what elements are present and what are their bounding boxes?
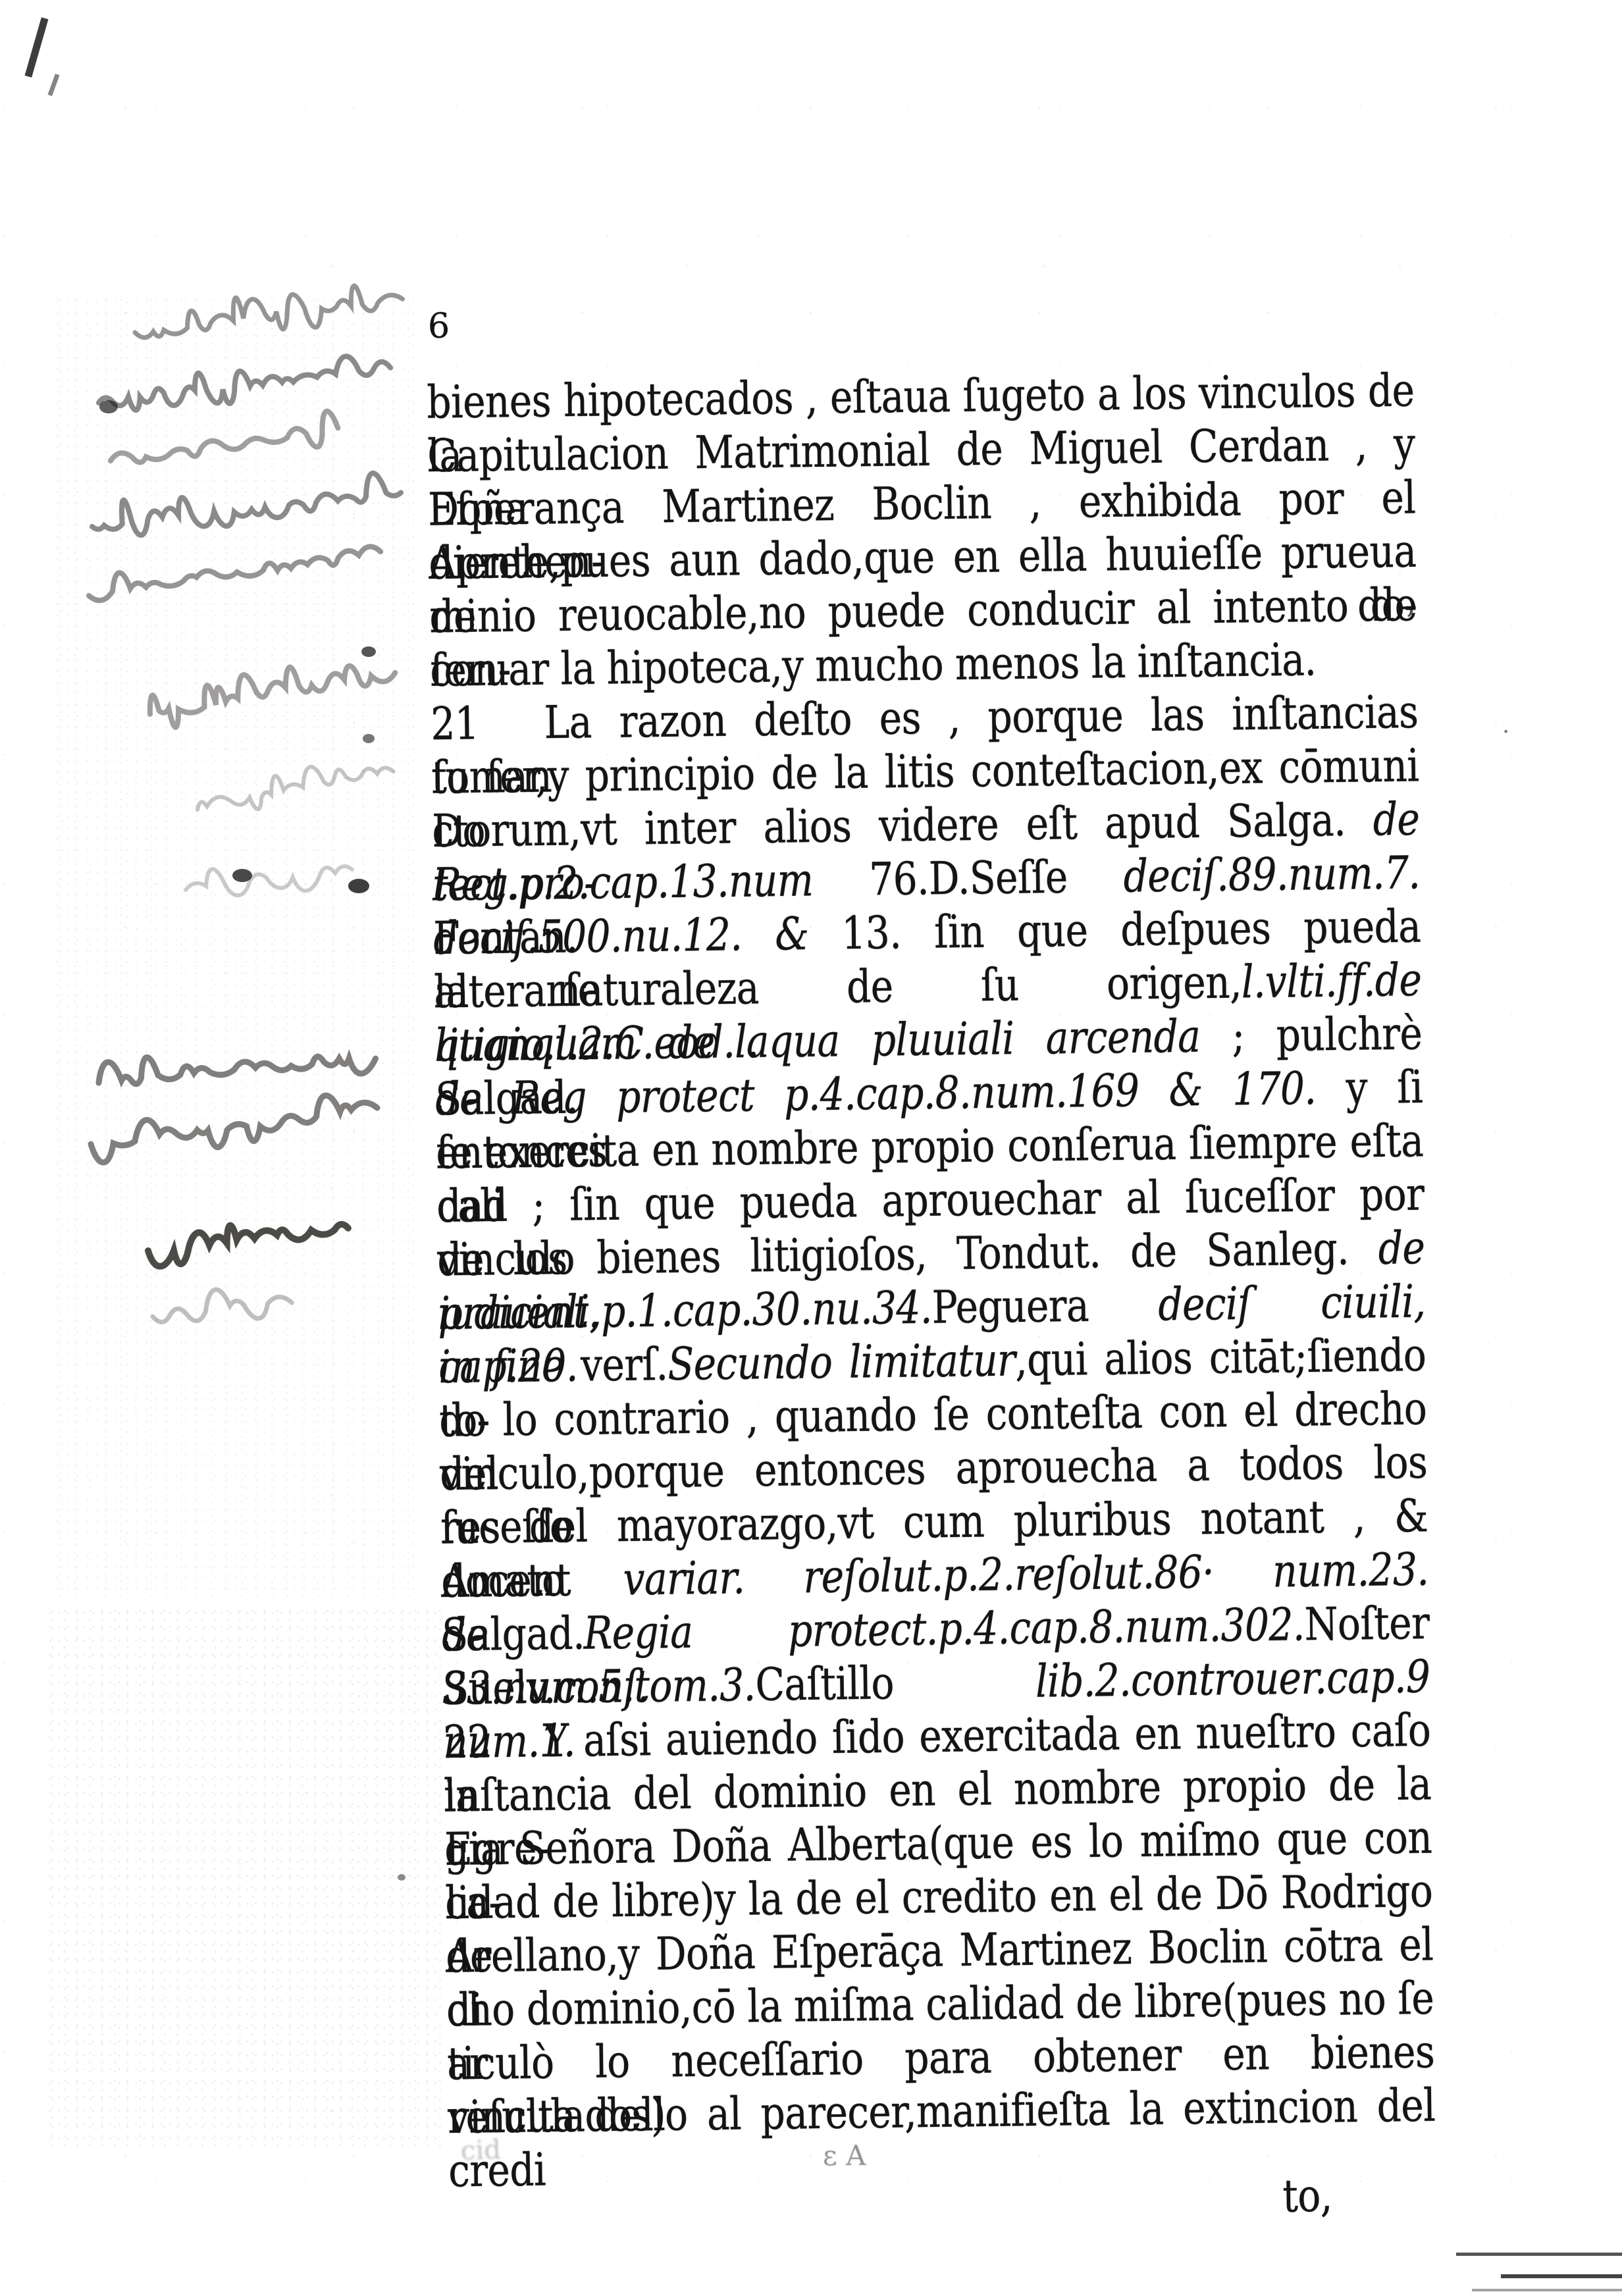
- marginalia-stroke: [146, 653, 398, 731]
- citation-italic-text: deciſ.89.num.7.: [1123, 846, 1421, 902]
- scanned-book-page: 6 bienes hipotecados , eſtaua ſugeto a l…: [0, 0, 1622, 2296]
- citation-italic-text: iudiciali,p.1.cap.30.nu.34.: [438, 1281, 932, 1340]
- citation-italic-text: Secundo limitatur: [667, 1334, 1016, 1391]
- scan-noise-bottom-left: [46, 1606, 441, 2146]
- page-number: 6: [428, 307, 450, 346]
- marginalia-stroke: [194, 753, 396, 820]
- body-text: verſ.: [581, 1338, 668, 1392]
- scan-edge-line: [1501, 2274, 1622, 2278]
- marginalia-stroke: [97, 350, 392, 419]
- body-text: 76.D.Seſſe: [869, 850, 1124, 906]
- body-text: ſeruar la hipoteca,y mucho menos la inſt…: [430, 633, 1317, 697]
- body-text: Amato: [441, 1553, 623, 1608]
- citation-italic-text: tect.p.2.cap.13.num: [432, 853, 870, 911]
- marginalia-stroke: [89, 461, 402, 544]
- citation-italic-text: in fine: [438, 1339, 581, 1394]
- ink-blot: [363, 734, 375, 743]
- flourish-comma-mark: ‚: [1406, 585, 1416, 620]
- corner-ink-dash: [47, 74, 59, 96]
- citation-italic-text: variar. reſolut.p.2.reſolut.86· num.23.: [623, 1543, 1428, 1605]
- catchword: to,: [1282, 2169, 1332, 2222]
- citation-italic-text: deciſ.500.nu.12. &: [433, 907, 842, 965]
- text-line: reſulta dello al parecer,manifieſta la e…: [448, 2079, 1436, 2145]
- stray-dot-mark: ·: [1502, 719, 1509, 746]
- ink-blot: [348, 879, 369, 893]
- marginalia-stroke: [147, 1215, 350, 1267]
- signature-mark: ε Α: [823, 2139, 866, 2172]
- body-text: Peguera: [931, 1278, 1159, 1334]
- scan-noise-left-margin: [53, 296, 421, 1600]
- marginalia-stroke: [86, 541, 382, 602]
- citation-italic-text: 33.num.5.tom.3.: [442, 1658, 756, 1715]
- ink-blot: [361, 646, 376, 657]
- citation-italic-text: quanquam de aqua pluuiali arcenda: [434, 1010, 1201, 1072]
- corner-ink-dash: [25, 17, 49, 77]
- marginalia-stroke: [132, 278, 405, 350]
- body-text: la naturaleza de ſu origen,: [434, 956, 1242, 1018]
- marginalia-stroke: [108, 410, 340, 480]
- scan-edge-line: [1472, 2289, 1622, 2291]
- marginalia-stroke: [97, 1033, 377, 1101]
- ink-blot: [398, 1874, 405, 1881]
- citation-italic-text: de Reg protect p.4.cap.8.num.169 & 170.: [435, 1062, 1317, 1126]
- bleedthrough-mark: cid: [460, 2135, 501, 2166]
- marginalia-stroke: [88, 1089, 380, 1164]
- citation-italic-text: de Regia protect.p.4.cap.8.num.302.: [442, 1598, 1305, 1661]
- text-block: bienes hipotecados , eſtaua ſugeto a los…: [427, 364, 1436, 2145]
- scan-edge-line: [1456, 2253, 1622, 2256]
- marginalia-stroke: [150, 1280, 293, 1331]
- marginalia-stroke: [183, 847, 354, 909]
- ink-blot: [232, 869, 252, 882]
- ink-blot: [99, 400, 118, 413]
- body-text: Caſtillo: [755, 1655, 1035, 1711]
